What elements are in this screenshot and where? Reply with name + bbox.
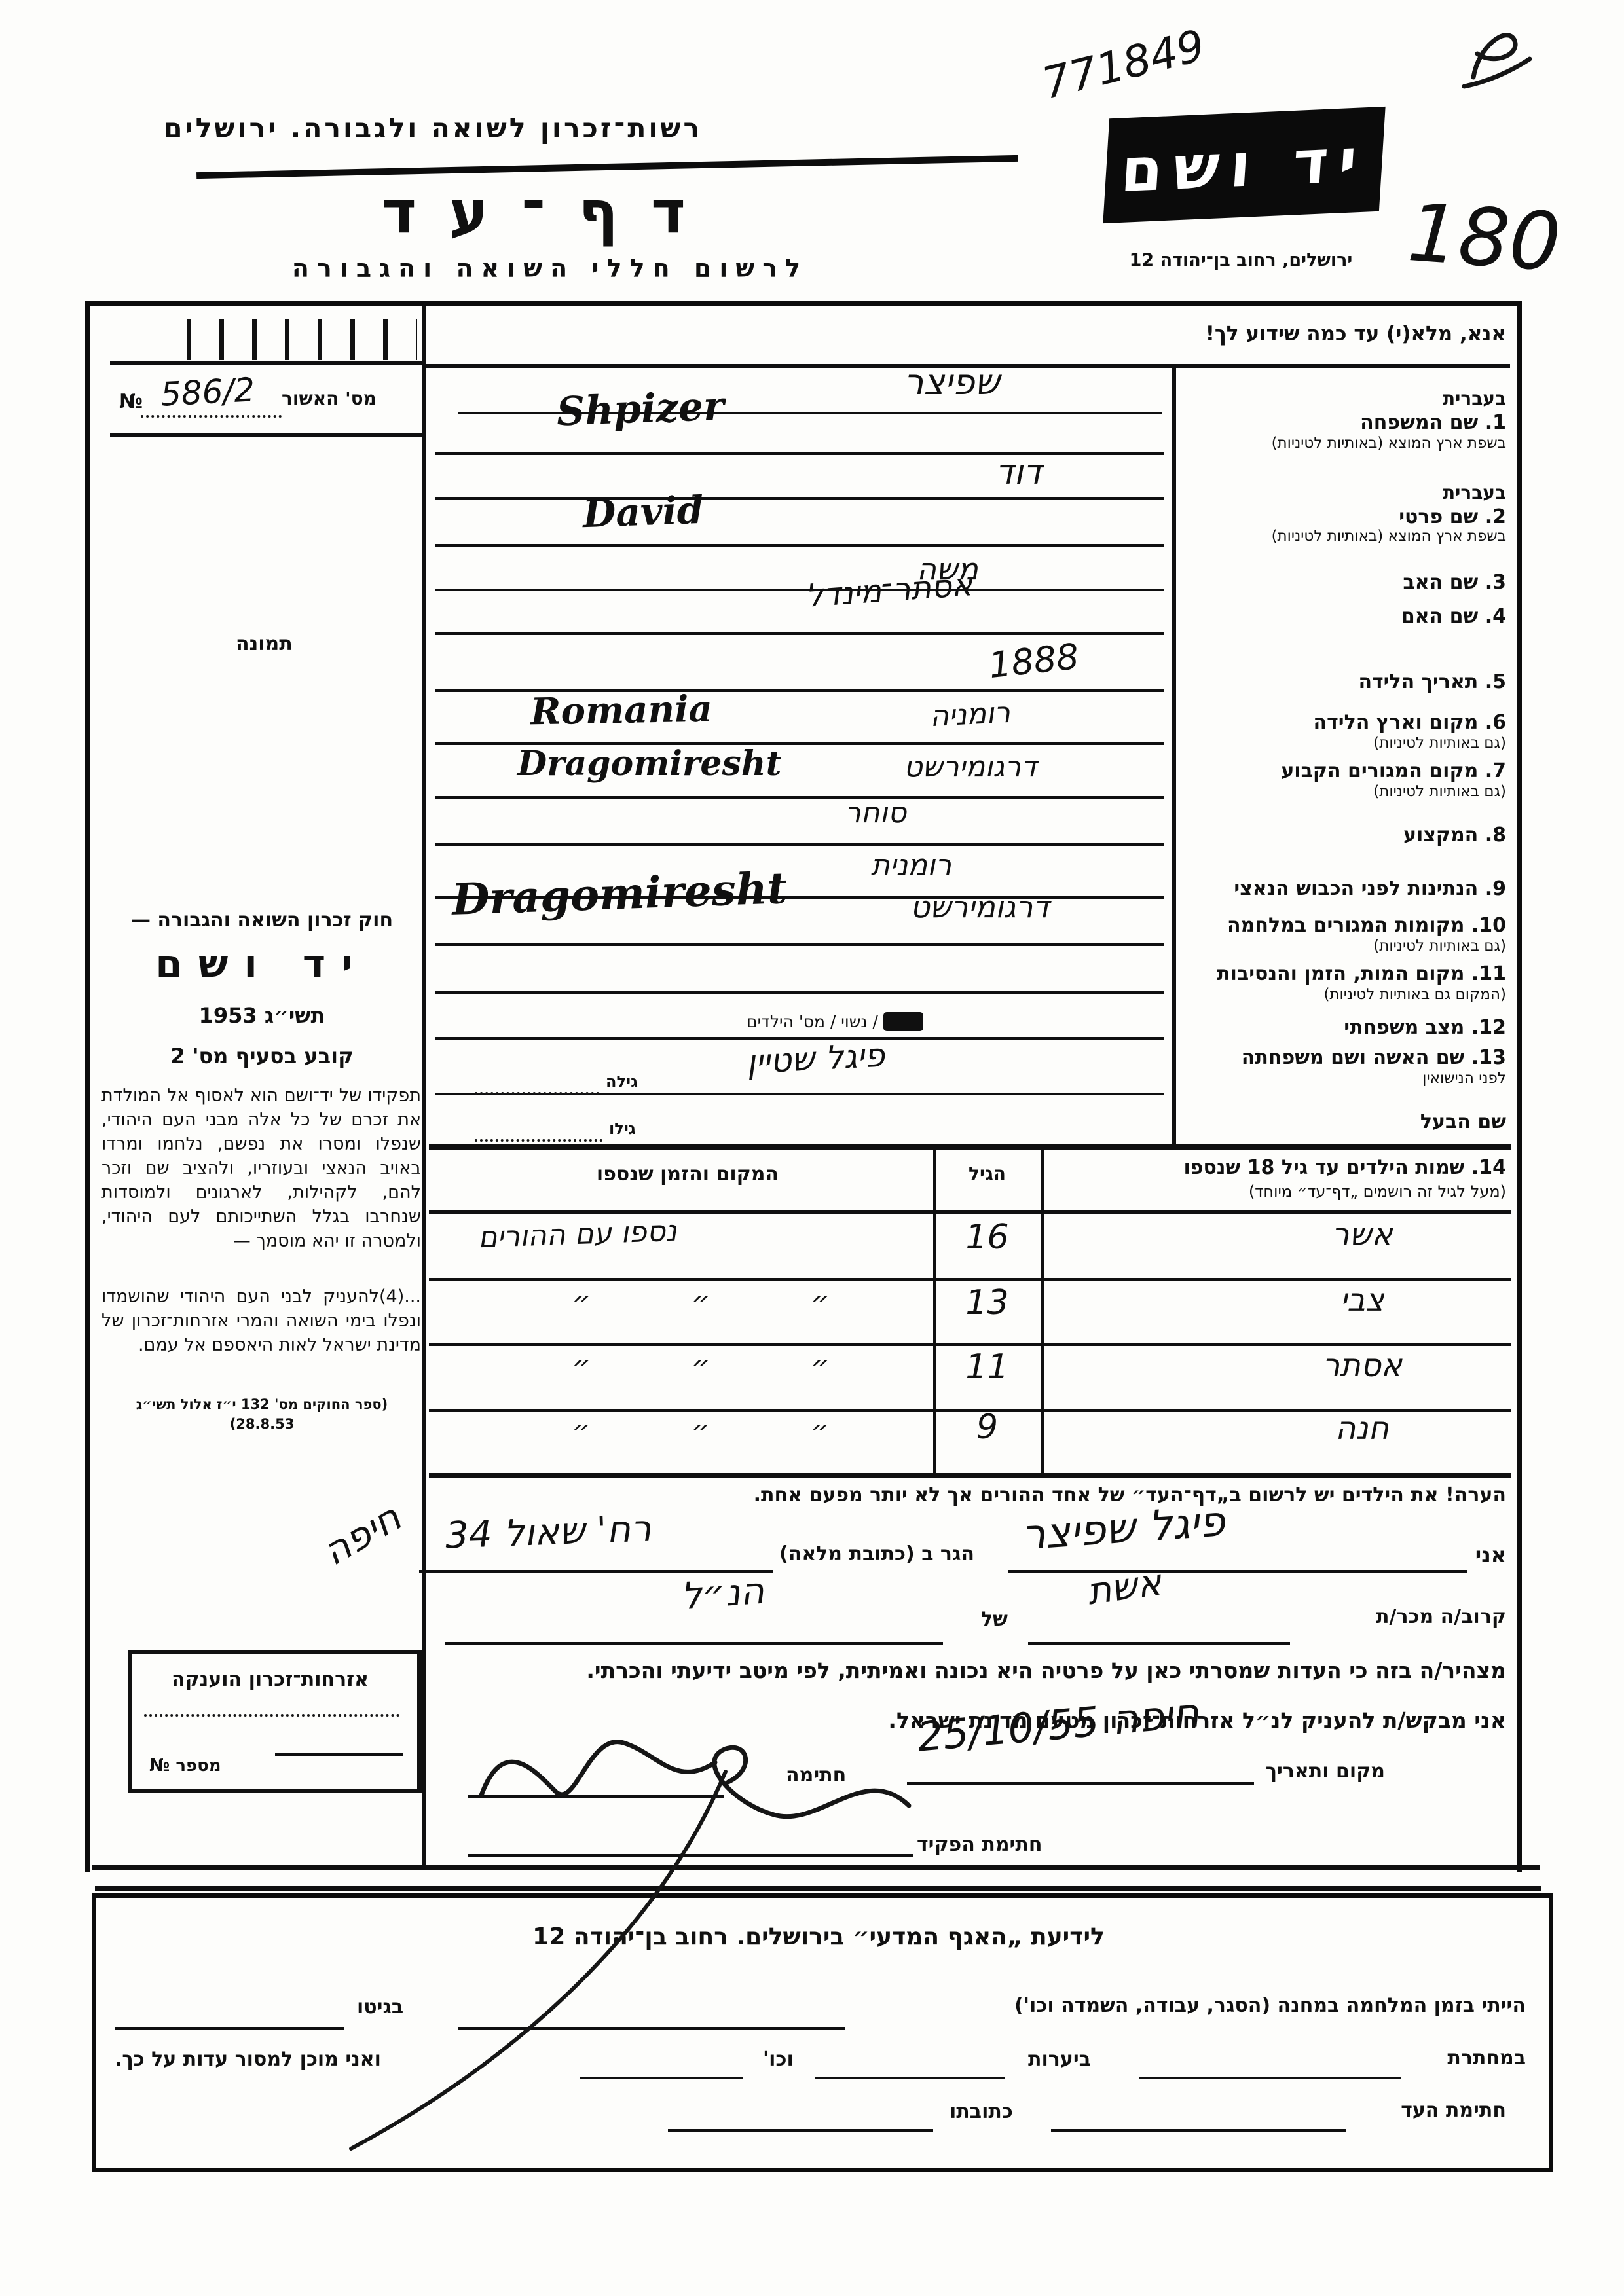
child-row-2-age: 13 xyxy=(936,1283,1038,1322)
her-age-label: גילה xyxy=(606,1072,638,1091)
camp-line-label: הייתי בזמן המלחמה במחנה (הסגר, עבודה, הש… xyxy=(1014,1994,1526,2017)
law-body-text: תפקידו של יד־ושם הוא לאסוף אל המולדת את … xyxy=(101,1084,421,1253)
law-reference: (ספר החוקים מס' 132 י״ז אלול תשי״ג 28.8.… xyxy=(108,1394,416,1434)
writing-line-4 xyxy=(435,544,1164,547)
of-handwritten: הנ״ל xyxy=(680,1570,766,1618)
value-family-name-hebrew: שפיצר xyxy=(904,361,1000,403)
child-row-4-name: חנה xyxy=(1231,1410,1493,1447)
place-date-underline xyxy=(907,1782,1254,1785)
yad-vashem-stamp: יד ושם xyxy=(1103,107,1385,223)
field13-label: 13. שם האשה ושם משפחתה xyxy=(1242,1046,1506,1069)
field6-label: 6. מקום וארץ הלידה xyxy=(1314,711,1506,734)
child-row-1-age: 16 xyxy=(936,1218,1038,1257)
witness-signature-label: חתימת העד xyxy=(1401,2099,1506,2122)
field4-label: 4. שם האם xyxy=(1401,605,1506,628)
fill-prompt: אנא, מלא(י) עד כמה שידוע לך! xyxy=(1206,322,1506,346)
children-header-rule xyxy=(429,1210,1511,1214)
relation-underline xyxy=(1028,1642,1290,1645)
field7-label: 7. מקום המגורים הקבוע xyxy=(1281,759,1506,782)
field2-sublabel: בשפת ארץ המוצא (באותיות לטיניות) xyxy=(1272,528,1506,545)
child-row-3-age: 11 xyxy=(936,1347,1038,1387)
children-col-divider-age xyxy=(1041,1144,1044,1477)
forests-underline xyxy=(815,2077,1005,2079)
writing-line-2 xyxy=(435,452,1164,455)
field5-label: 5. תאריך הלידה xyxy=(1358,670,1506,693)
declaration-statement: מצהיר/ה בזה כי העדות שמסרתי כאן על פרטיה… xyxy=(586,1658,1506,1683)
camp-underline xyxy=(458,2027,845,2030)
underground-label: במחתרת xyxy=(1447,2047,1526,2069)
stamp-address: ירושלים, רחוב בן־יהודה 12 xyxy=(1087,250,1395,270)
memorial-box-number-label: מספר № xyxy=(149,1756,221,1776)
husband-name-label: שם הבעל xyxy=(1420,1110,1506,1133)
underground-underline xyxy=(1139,2077,1401,2079)
approval-number-sign: № xyxy=(119,390,143,413)
place-date-label: מקום ותאריך xyxy=(1266,1760,1385,1783)
page-number-handwritten: 180 xyxy=(1405,186,1563,289)
marital-status-options: רווק / נשוי / מס' הילדים xyxy=(747,1012,923,1031)
writing-line-9 xyxy=(435,796,1164,799)
children-header-sublabel: (מעל לגיל זה רושמים „דף־עד״ מיוחד) xyxy=(1249,1182,1506,1201)
value-residence-hebrew: דרגומירשט xyxy=(904,750,1037,784)
field13-sublabel: לפני הנישואין xyxy=(1422,1070,1506,1087)
declaration-i-label: אני xyxy=(1475,1542,1506,1567)
child-row-2-name: צבי xyxy=(1231,1282,1493,1319)
witness-signature-underline xyxy=(1051,2129,1346,2132)
field1-hebrew-label: בעברית xyxy=(1443,388,1506,409)
address-handwritten: רח' שאול 34 xyxy=(445,1508,652,1558)
header-rule xyxy=(196,155,1018,179)
reviewer-initials-mark xyxy=(1464,35,1530,86)
value-first-name-latin: David xyxy=(582,488,704,536)
child-row-4-age: 9 xyxy=(936,1408,1038,1447)
law-year-line: תשי״ג 1953 xyxy=(105,1003,419,1028)
writing-line-12 xyxy=(435,943,1164,946)
writing-line-14 xyxy=(435,1037,1164,1040)
child-row-1-place: נספו עם ההורים xyxy=(477,1214,677,1255)
file-number-handwritten: 771849 xyxy=(1037,20,1209,109)
writing-line-6 xyxy=(435,632,1164,635)
field1-label: 1. שם המשפחה xyxy=(1360,411,1506,434)
approval-number-label: מס' האשור xyxy=(282,388,419,409)
field12-label: 12. מצב משפחתי xyxy=(1344,1016,1506,1039)
field10-label: 10. מקומות המגורים במלחמה xyxy=(1227,914,1506,937)
signature-underline xyxy=(468,1795,724,1798)
relation-label: קרוב/ה מכר/ת xyxy=(1376,1605,1506,1628)
approval-dotted-line xyxy=(141,415,282,418)
child-row-2-place: ״ ״ ״ xyxy=(517,1286,884,1319)
marital-options-text: / נשוי / מס' הילדים xyxy=(747,1012,878,1031)
law-clause-line: קובע בסעיף מס' 2 xyxy=(105,1044,419,1068)
field11-label: 11. מקום המות, הזמן והנסיבות xyxy=(1217,962,1506,985)
serial-ticks xyxy=(187,319,417,360)
stamp-logo-text: יד ושם xyxy=(1119,124,1370,205)
memorial-box-solid-line xyxy=(275,1753,403,1756)
writing-line-5 xyxy=(435,589,1164,591)
form-title: דף־עד xyxy=(354,178,747,247)
children-place-header: המקום והזמן שנספו xyxy=(458,1163,917,1186)
value-citizenship: רומנית xyxy=(871,848,951,882)
children-age-header: הגיל xyxy=(936,1163,1038,1184)
law-heading: חוק זכרון השואה והגבורה — xyxy=(105,909,419,932)
her-age-dotted-line xyxy=(475,1092,599,1095)
field6-sublabel: (גם באותיות לטיניות) xyxy=(1373,735,1506,752)
testify-label: ואני מוכן למסור עדות על כך. xyxy=(115,2048,381,2071)
value-wife-name: פיגל שטיין xyxy=(746,1036,886,1082)
writing-line-13 xyxy=(435,991,1164,994)
field2-label: 2. שם פרטי xyxy=(1399,505,1506,528)
field3-label: 3. שם האב xyxy=(1403,571,1506,594)
ghetto-underline xyxy=(115,2027,344,2030)
forests-label: ביערות xyxy=(1028,2048,1091,2071)
child-row-3-place: ״ ״ ״ xyxy=(517,1350,884,1383)
writing-line-3 xyxy=(435,497,1164,500)
science-section-title: לידיעת „האגף המדעי״ בירושלים. רחוב בן־יה… xyxy=(223,1923,1414,1950)
children-header-label: 14. שמות הילדים עד גיל 18 שנספו xyxy=(1183,1156,1506,1179)
field2-hebrew-label: בעברית xyxy=(1443,482,1506,503)
form-subtitle: לרשום חללי השואה והגבורה xyxy=(275,254,825,283)
value-war-residence-hebrew: דרגומירשט xyxy=(910,889,1049,924)
children-table-top-rule xyxy=(429,1144,1511,1150)
of-underline xyxy=(445,1642,943,1645)
value-first-name-hebrew: דוד xyxy=(995,453,1042,492)
his-age-dotted-line xyxy=(475,1139,602,1142)
law-name: יד ושם xyxy=(105,941,419,987)
residing-label: הגר ב (כתובת מלאה) xyxy=(779,1542,974,1565)
field9-label: 9. הנתינות לפני הכבוש הנאצי xyxy=(1234,877,1506,900)
clerk-signature-label: חתימת הפקיד xyxy=(917,1833,1042,1856)
etc-label: וכו' xyxy=(763,2048,794,2071)
left-column-divider xyxy=(422,306,426,1865)
value-birth-place-hebrew: רומניה xyxy=(929,696,1011,733)
his-age-label: גילו xyxy=(609,1120,636,1138)
ticks-baseline xyxy=(110,361,422,365)
approval-underline xyxy=(110,433,422,437)
children-table-bottom-rule xyxy=(429,1473,1511,1478)
memorial-box-dotted-line xyxy=(144,1714,399,1717)
field7-sublabel: (גם באותיות לטיניות) xyxy=(1373,783,1506,800)
law-body-text-2: ...(4)להעניק לבני העם היהודי שהושמדו ונפ… xyxy=(101,1285,421,1357)
section-divider-rule-1 xyxy=(92,1865,1540,1870)
writing-line-10 xyxy=(435,843,1164,846)
value-profession: סוחר xyxy=(845,796,906,829)
authority-line: רשות־זכרון לשואה ולגבורה. ירושלים xyxy=(164,113,702,144)
field10-sublabel: (גם באותיות לטיניות) xyxy=(1373,938,1506,955)
of-label: של xyxy=(981,1608,1008,1631)
section-divider-rule-2 xyxy=(95,1886,1541,1891)
witness-address-label: כתובתו xyxy=(950,2100,1013,2123)
children-row-line-2 xyxy=(429,1343,1511,1346)
value-residence-latin: Dragomiresht xyxy=(517,744,782,784)
field1-sublabel: בשפת ארץ המוצא (באותיות לטיניות) xyxy=(1272,435,1506,452)
clerk-signature-underline xyxy=(468,1854,913,1857)
witness-name-underline xyxy=(1008,1570,1467,1573)
child-row-3-name: אסתר xyxy=(1231,1347,1493,1384)
signature-label: חתימה xyxy=(786,1764,846,1787)
approval-number-handwritten: 586/2 xyxy=(160,371,256,413)
witness-address-underline xyxy=(668,2129,933,2132)
field11-sublabel: (המקום גם באותיות לטיניות) xyxy=(1323,986,1506,1003)
field8-label: 8. המקצוע xyxy=(1403,824,1506,847)
memorial-box-title: אזרחות־זכרון הוענקה xyxy=(141,1668,399,1691)
photo-label: תמונה xyxy=(236,632,293,655)
label-column-divider xyxy=(1172,367,1176,1146)
children-row-line-1 xyxy=(429,1278,1511,1281)
ghetto-label: בגיטו xyxy=(357,1995,403,2018)
value-family-name-latin: Shpizer xyxy=(556,384,725,435)
children-note: הערה! את הילדים יש לרשום ב„דף־העד״ של אח… xyxy=(754,1484,1506,1506)
value-birth-place-latin: Romania xyxy=(530,687,712,734)
child-row-1-name: אשר xyxy=(1231,1216,1493,1253)
etc-underline xyxy=(580,2077,743,2079)
child-row-4-place: ״ ״ ״ xyxy=(517,1414,884,1448)
testimony-page: רשות־זכרון לשואה ולגבורה. ירושלים דף־עד … xyxy=(0,0,1624,2296)
struck-option: רווק xyxy=(883,1012,923,1031)
